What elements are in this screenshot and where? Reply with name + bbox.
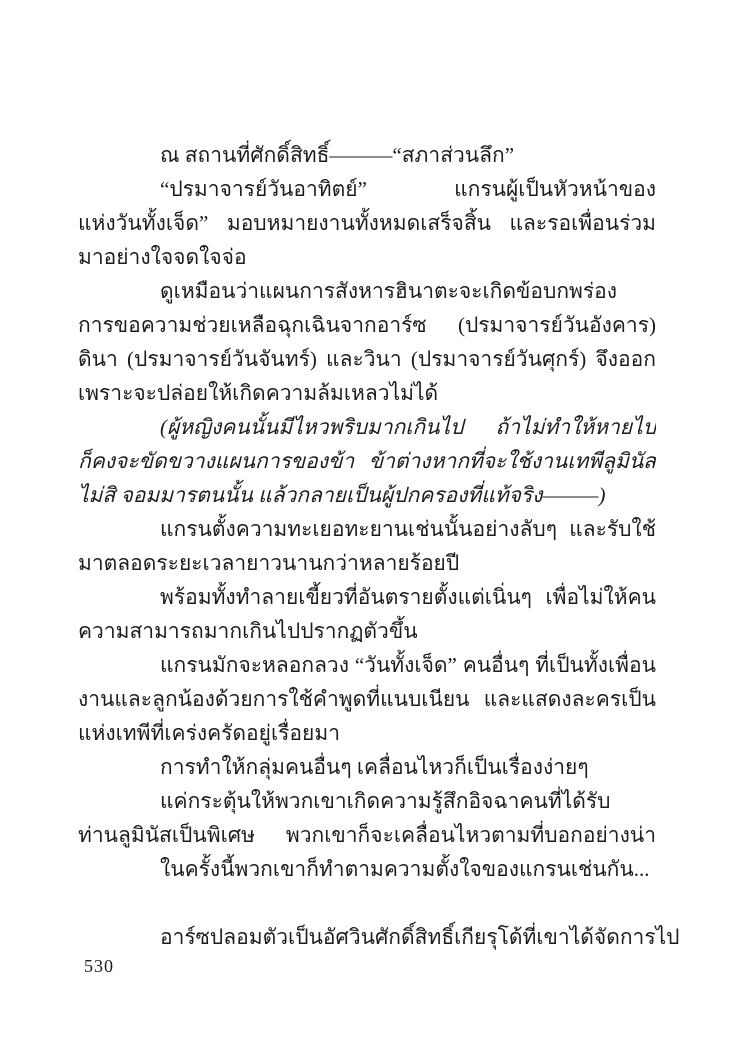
text-line: ดูเหมือนว่าแผนการสังหารฮินาตะจะเกิดข้อบก… <box>78 274 656 308</box>
text-line: แห่งเทพีที่เคร่งครัดอยู่เรื่อยมา <box>78 716 656 750</box>
blank-line <box>78 886 656 920</box>
text-line: พร้อมทั้งทำลายเขี้ยวที่อันตรายตั้งแต่เนิ… <box>78 580 656 614</box>
text-line: การทำให้กลุ่มคนอื่นๆ เคลื่อนไหวก็เป็นเรื… <box>78 750 656 784</box>
text-line: ในครั้งนี้พวกเขาก็ทำตามความตั้งใจของแกรน… <box>78 852 656 886</box>
text-line: ณ สถานที่ศักดิ์สิทธิ์———“สภาส่วนลึก” <box>78 138 656 172</box>
text-line: เพราะจะปล่อยให้เกิดความล้มเหลวไม่ได้ <box>78 376 656 410</box>
text-line: อาร์ซปลอมตัวเป็นอัศวินศักดิ์สิทธิ์เกียรุ… <box>78 920 656 954</box>
text-line: ก็คงจะขัดขวางแผนการของข้า ข้าต่างหากที่จ… <box>78 444 656 478</box>
text-line: ความสามารถมากเกินไปปรากฏตัวขึ้น <box>78 614 656 648</box>
text-line: งานและลูกน้องด้วยการใช้คำพูดที่แนบเนียน … <box>78 682 656 716</box>
text-line: แกรนมักจะหลอกลวง “วันทั้งเจ็ด” คนอื่นๆ ท… <box>78 648 656 682</box>
text-line: ท่านลูมินัสเป็นพิเศษ พวกเขาก็จะเคลื่อนไห… <box>78 818 656 852</box>
text-line: มาตลอดระยะเวลายาวนานกว่าหลายร้อยปี <box>78 546 656 580</box>
book-page: ณ สถานที่ศักดิ์สิทธิ์———“สภาส่วนลึก”“ปรม… <box>0 0 738 1051</box>
text-line: ไม่สิ จอมมารตนนั้น แล้วกลายเป็นผู้ปกครอง… <box>78 478 656 512</box>
text-line: แห่งวันทั้งเจ็ด” มอบหมายงานทั้งหมดเสร็จส… <box>78 206 656 240</box>
body-text: ณ สถานที่ศักดิ์สิทธิ์———“สภาส่วนลึก”“ปรม… <box>78 138 656 954</box>
text-line: แกรนตั้งความทะเยอทะยานเช่นนั้นอย่างลับๆ … <box>78 512 656 546</box>
text-line: การขอความช่วยเหลือฉุกเฉินจากอาร์ซ (ปรมาจ… <box>78 308 656 342</box>
text-line: แค่กระตุ้นให้พวกเขาเกิดความรู้สึกอิจฉาคน… <box>78 784 656 818</box>
text-line: ดินา (ปรมาจารย์วันจันทร์) และวินา (ปรมาจ… <box>78 342 656 376</box>
text-line: (ผู้หญิงคนนั้นมีไหวพริบมากเกินไป ถ้าไม่ท… <box>78 410 656 444</box>
text-line: “ปรมาจารย์วันอาทิตย์” แกรนผู้เป็นหัวหน้า… <box>78 172 656 206</box>
page-number: 530 <box>84 952 114 980</box>
text-line: มาอย่างใจจดใจจ่อ <box>78 240 656 274</box>
